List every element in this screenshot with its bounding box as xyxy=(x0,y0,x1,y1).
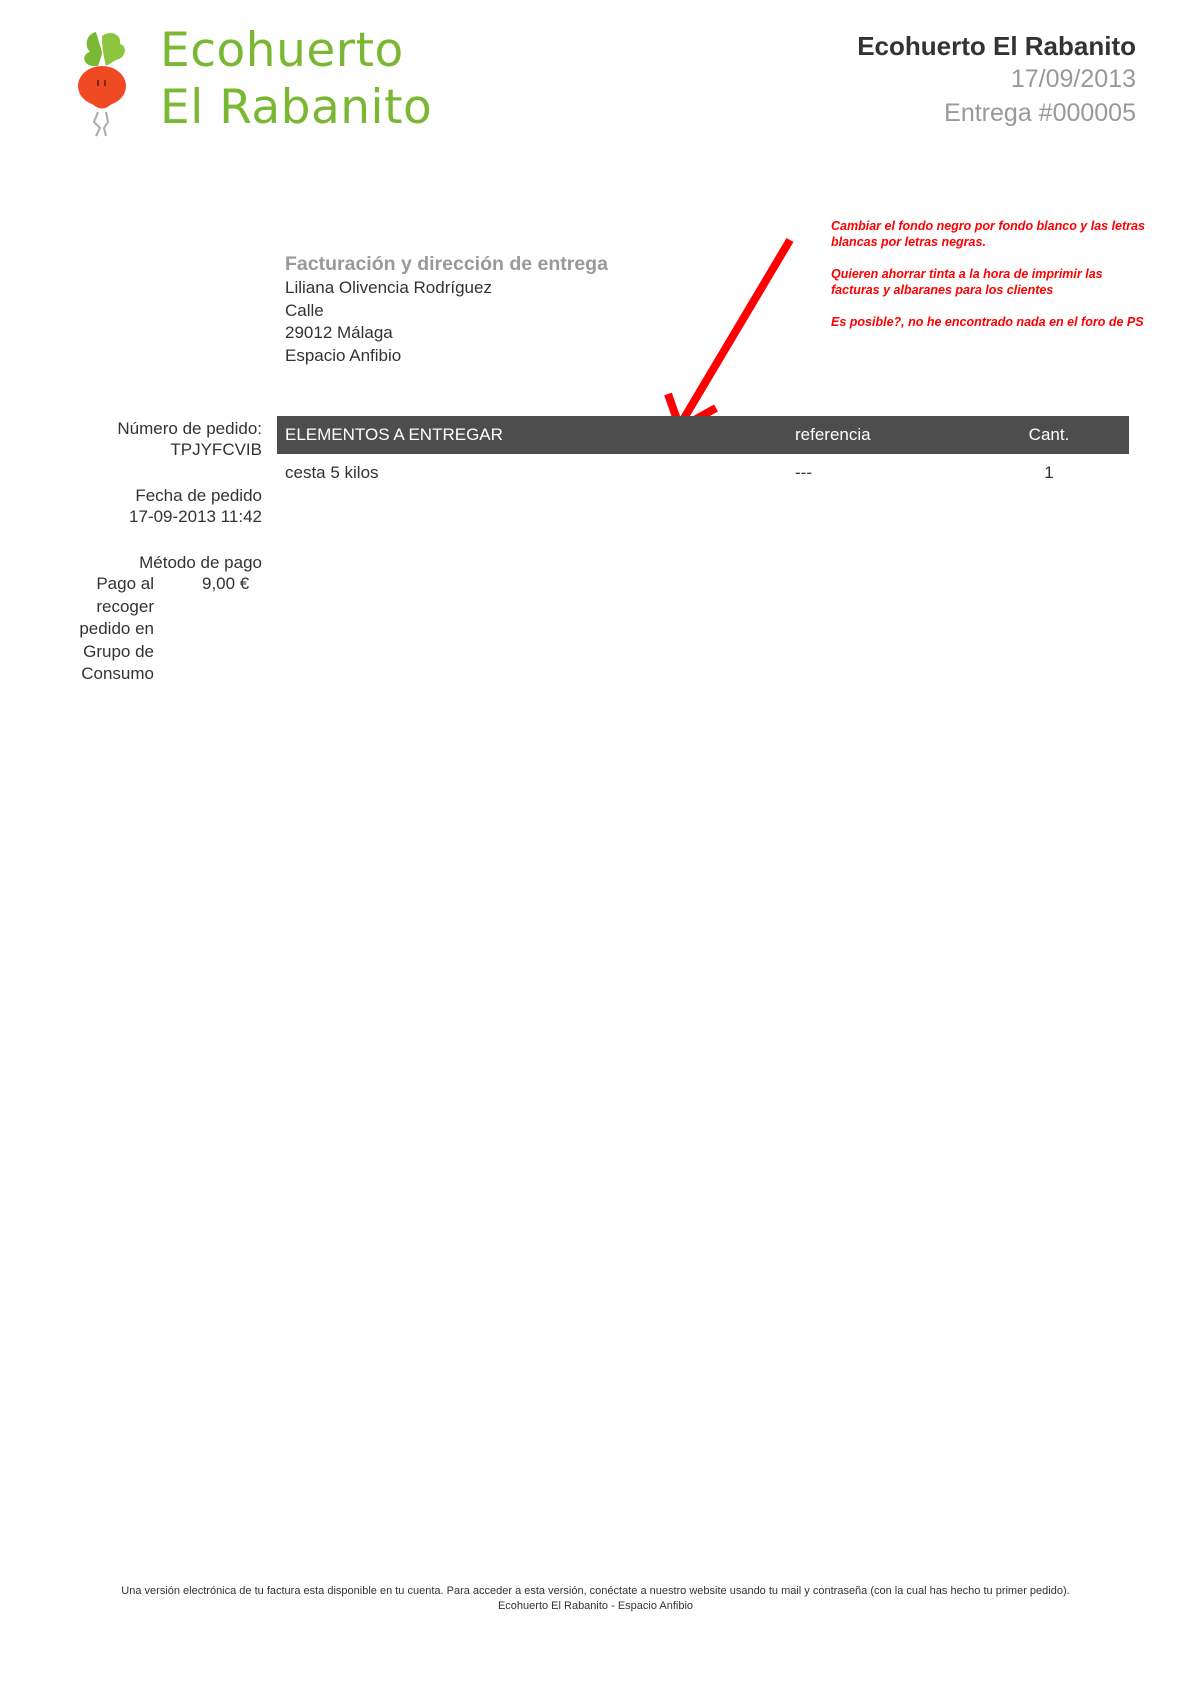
annotation-paragraph: Es posible?, no he encontrado nada en el… xyxy=(831,314,1151,330)
document-footer: Una versión electrónica de tu factura es… xyxy=(0,1584,1191,1614)
item-name: cesta 5 kilos xyxy=(285,454,379,492)
delivery-number: Entrega #000005 xyxy=(857,96,1136,130)
address-city: 29012 Málaga xyxy=(285,322,608,345)
item-reference: --- xyxy=(795,454,812,492)
delivery-items-table: ELEMENTOS A ENTREGAR referencia Cant. ce… xyxy=(277,416,1129,490)
column-header-items: ELEMENTOS A ENTREGAR xyxy=(285,416,503,454)
order-date-label: Fecha de pedido xyxy=(60,485,262,506)
column-header-reference: referencia xyxy=(795,416,871,454)
address-name: Liliana Olivencia Rodríguez xyxy=(285,277,608,300)
order-number-label: Número de pedido: xyxy=(60,418,262,439)
logo-line-1: Ecohuerto xyxy=(160,22,432,79)
order-number: TPJYFCVIB xyxy=(60,439,262,460)
annotation-paragraph: Quieren ahorrar tinta a la hora de impri… xyxy=(831,266,1151,298)
address-street: Calle xyxy=(285,300,608,323)
payment-method: Pago al recoger pedido en Grupo de Consu… xyxy=(60,573,154,686)
order-meta: Número de pedido: TPJYFCVIB Fecha de ped… xyxy=(60,418,262,693)
red-arrow-icon xyxy=(650,230,810,440)
document-header: Ecohuerto El Rabanito 17/09/2013 Entrega… xyxy=(857,30,1136,130)
column-header-quantity: Cant. xyxy=(1019,416,1079,454)
annotation-paragraph: Cambiar el fondo negro por fondo blanco … xyxy=(831,218,1151,250)
item-quantity: 1 xyxy=(1019,454,1079,492)
address-title: Facturación y dirección de entrega xyxy=(285,251,608,277)
logo-line-2: El Rabanito xyxy=(160,79,432,136)
shop-logo: Ecohuerto El Rabanito xyxy=(68,22,488,137)
footer-shop: Ecohuerto El Rabanito - Espacio Anfibio xyxy=(0,1599,1191,1614)
billing-delivery-address: Facturación y dirección de entrega Lilia… xyxy=(285,251,608,367)
footer-notice: Una versión electrónica de tu factura es… xyxy=(0,1584,1191,1599)
annotation-note: Cambiar el fondo negro por fondo blanco … xyxy=(831,218,1151,346)
payment-method-label: Método de pago xyxy=(60,552,262,573)
table-header: ELEMENTOS A ENTREGAR referencia Cant. xyxy=(277,416,1129,454)
document-date: 17/09/2013 xyxy=(857,62,1136,96)
payment-amount: 9,00 € xyxy=(202,573,314,596)
radish-icon xyxy=(72,26,134,138)
shop-name: Ecohuerto El Rabanito xyxy=(857,30,1136,62)
order-date: 17-09-2013 11:42 xyxy=(60,506,262,527)
address-company: Espacio Anfibio xyxy=(285,345,608,368)
table-row: cesta 5 kilos --- 1 xyxy=(277,454,1129,490)
logo-wordmark: Ecohuerto El Rabanito xyxy=(160,22,432,136)
